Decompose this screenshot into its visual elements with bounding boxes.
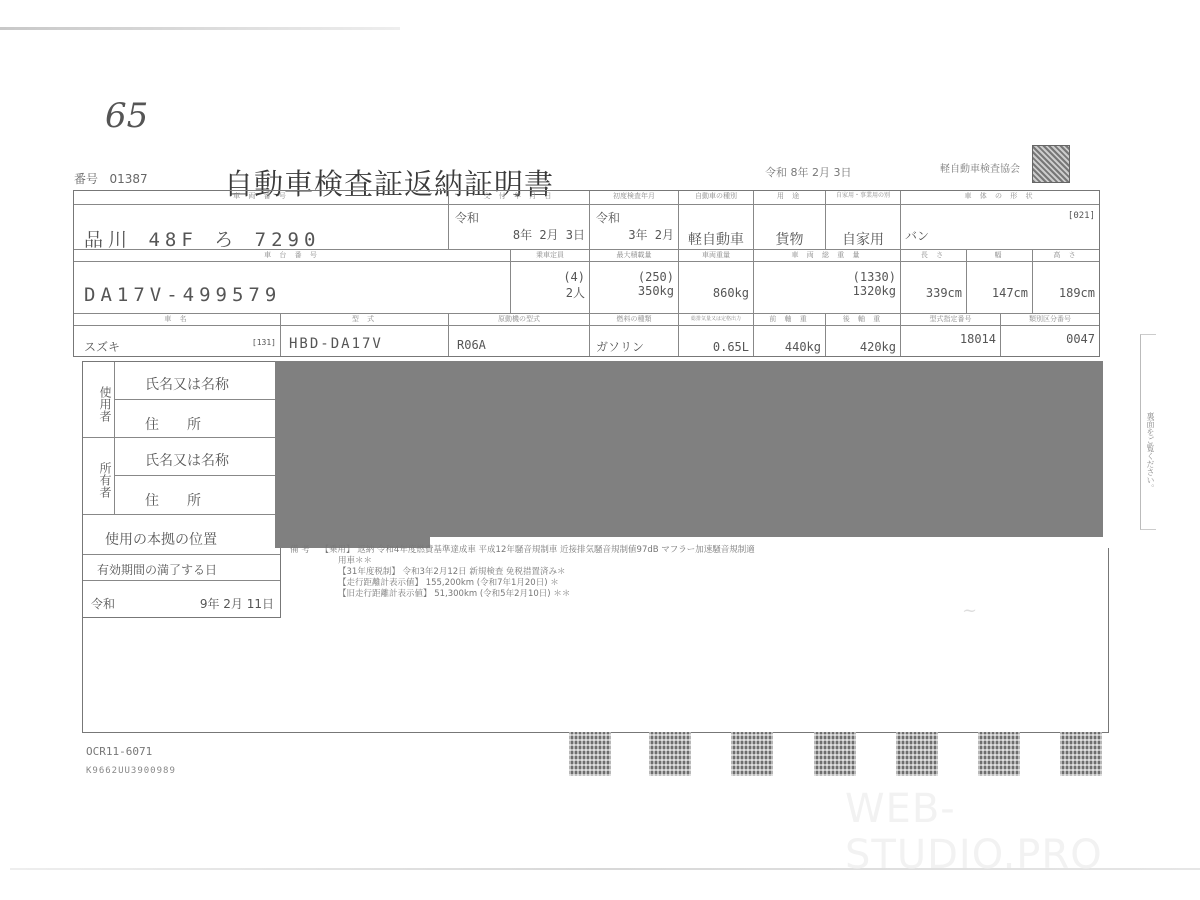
redacted-personal-info <box>275 361 1103 537</box>
qr-code-icon <box>731 732 773 776</box>
max-load-value: 350kg <box>590 284 674 298</box>
official-seal-icon <box>1032 145 1070 183</box>
qr-code-icon <box>649 732 691 776</box>
capacity-paren: (4) <box>511 270 585 284</box>
header-rear-axle: 後 軸 重 <box>826 314 901 326</box>
header-maker: 車 名 <box>74 314 281 326</box>
first-registration: 令和 3年 2月 <box>590 205 679 250</box>
category-number: 0047 <box>1001 326 1099 356</box>
header-chassis-number: 車 台 番 号 <box>74 250 511 262</box>
scan-edge <box>0 27 400 30</box>
delivery-date-era: 令和 <box>455 209 589 226</box>
serial-number: 番号 01387 <box>74 170 148 187</box>
model: HBD-DA17V <box>281 326 449 356</box>
length: 339cm <box>901 262 967 314</box>
remarks-line: 【31年度税制】 令和3年2月12日 新規検査 免税措置済み＊ <box>290 567 1110 578</box>
maker: スズキ [131] <box>74 326 281 356</box>
remarks-section: 備 考 【乗用】 返納 令和4年度燃費基準達成車 平成12年騒音規制車 近接排気… <box>290 545 1110 600</box>
registration-number: 品川 48F ろ 7290 <box>74 205 449 250</box>
header-max-load: 最大積載量 <box>590 250 679 262</box>
watermark: WEB-STUDIO.PRO <box>845 786 1200 878</box>
fuel-type: ガソリン <box>590 326 679 356</box>
rear-axle-weight: 420kg <box>826 326 901 356</box>
header-type-designation: 型式指定番号 <box>901 314 1001 326</box>
remarks-line: 【走行距離計表示値】 155,200km (令和7年1月20日) ＊ <box>290 578 1110 589</box>
chassis-number: DA17V-499579 <box>74 262 511 314</box>
capacity-value: 2人 <box>511 284 585 301</box>
header-registration: 車 両 番 号 <box>74 191 449 205</box>
front-axle-weight: 440kg <box>754 326 826 356</box>
delivery-date-value: 8年 2月 3日 <box>455 226 589 243</box>
first-registration-era: 令和 <box>596 209 678 226</box>
displacement: 0.65L <box>679 326 754 356</box>
header-body-shape: 車 体 の 形 状 <box>901 191 1099 205</box>
qr-code-icon <box>1060 732 1102 776</box>
max-load-paren: (250) <box>590 270 674 284</box>
side-note: 裏面をご覧ください。 <box>1140 334 1156 530</box>
header-length: 長 さ <box>901 250 967 262</box>
header-fuel-type: 燃料の種類 <box>590 314 679 326</box>
header-engine-model: 原動機の型式 <box>449 314 590 326</box>
issue-date: 令和 8年 2月 3日 <box>765 164 852 180</box>
maker-code: [131] <box>252 338 276 347</box>
usage: 貨物 <box>754 205 826 250</box>
owner-address-label: 住 所 <box>115 476 280 515</box>
gross-weight: (1330) 1320kg <box>754 262 901 314</box>
max-load: (250) 350kg <box>590 262 679 314</box>
header-capacity: 乗車定員 <box>511 250 590 262</box>
header-first-registration: 初度検査年月 <box>590 191 679 205</box>
capacity: (4) 2人 <box>511 262 590 314</box>
barcode-number: K9662UU3900989 <box>86 766 176 776</box>
user-name-label: 氏名又は名称 <box>115 362 280 400</box>
header-delivery-date: 交 付 年 月 日 <box>449 191 590 205</box>
header-displacement: 総排気量又は定格出力 <box>679 314 754 326</box>
header-gross-weight: 車 両 総 重 量 <box>754 250 901 262</box>
handwritten-mark: ~ <box>962 600 977 621</box>
issuer-name: 軽自動車検査協会 <box>940 160 1020 175</box>
width: 147cm <box>967 262 1033 314</box>
header-vehicle-weight: 車両重量 <box>679 250 754 262</box>
header-business-private: 自家用・事業用の別 <box>826 191 901 205</box>
user-label: 使用者 <box>83 362 115 438</box>
serial-value: 01387 <box>109 172 147 186</box>
ocr-code: OCR11-6071 <box>86 745 152 758</box>
body-shape-value: バン <box>905 227 929 244</box>
qr-code-icon <box>978 732 1020 776</box>
header-width: 幅 <box>967 250 1033 262</box>
body-shape: バン [021] <box>901 205 1099 250</box>
serial-label: 番号 <box>74 172 98 186</box>
remarks-label: 備 考 <box>290 545 310 555</box>
owner-label: 所有者 <box>83 438 115 515</box>
type-designation: 18014 <box>901 326 1001 356</box>
vehicle-info-table: 車 両 番 号 交 付 年 月 日 初度検査年月 自動車の種別 用 途 自家用・… <box>73 190 1100 357</box>
qr-code-icon <box>896 732 938 776</box>
engine-model: R06A <box>449 326 590 356</box>
remarks-line: 【旧走行距離計表示値】 51,300km (令和5年2月10日) ＊＊ <box>290 589 1110 600</box>
user-address-label: 住 所 <box>115 400 280 438</box>
first-registration-value: 3年 2月 <box>596 226 678 243</box>
gross-weight-value: 1320kg <box>754 284 896 298</box>
header-front-axle: 前 軸 重 <box>754 314 826 326</box>
height: 189cm <box>1033 262 1099 314</box>
header-category-number: 類別区分番号 <box>1001 314 1099 326</box>
delivery-date: 令和 8年 2月 3日 <box>449 205 590 250</box>
owner-name-label: 氏名又は名称 <box>115 438 280 476</box>
handwritten-number: 65 <box>105 96 148 136</box>
business-private: 自家用 <box>826 205 901 250</box>
qr-code-icon <box>569 732 611 776</box>
remarks-line: 用車＊＊ <box>290 556 1110 567</box>
body-shape-code: [021] <box>1068 211 1095 221</box>
header-usage: 用 途 <box>754 191 826 205</box>
qr-code-icon <box>814 732 856 776</box>
vehicle-type: 軽自動車 <box>679 205 754 250</box>
gross-weight-paren: (1330) <box>754 270 896 284</box>
maker-value: スズキ <box>84 338 120 355</box>
header-model: 型 式 <box>281 314 449 326</box>
header-vehicle-type: 自動車の種別 <box>679 191 754 205</box>
header-height: 高 さ <box>1033 250 1099 262</box>
vehicle-weight: 860kg <box>679 262 754 314</box>
remarks-line: 備 考 【乗用】 返納 令和4年度燃費基準達成車 平成12年騒音規制車 近接排気… <box>290 545 1110 556</box>
